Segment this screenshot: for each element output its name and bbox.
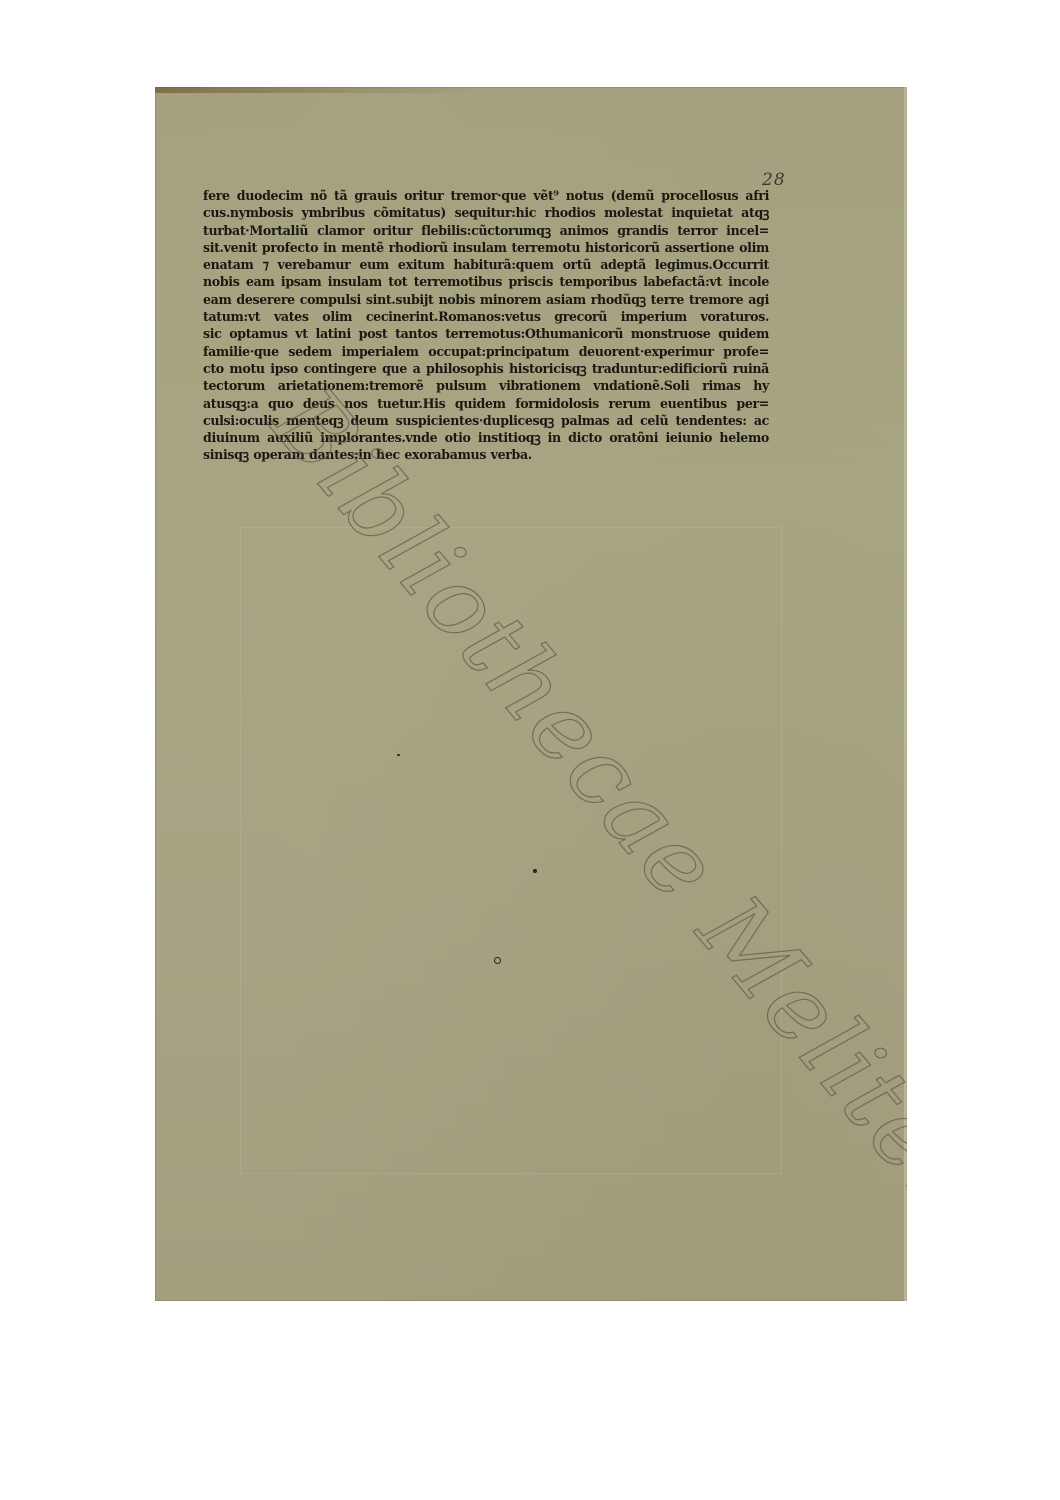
text-line: tatum:vt vates olim cecinerint.Romanos:v… <box>203 308 769 325</box>
text-line: familie·que sedem imperialem occupat:pri… <box>203 343 769 360</box>
text-line: culsi:oculis menteqꝫ deum suspicientes·d… <box>203 412 769 429</box>
manuscript-page: 28 fere duodecim nõ tã grauis oritur tre… <box>155 87 907 1301</box>
printed-text-block: fere duodecim nõ tã grauis oritur tremor… <box>203 187 769 464</box>
ink-speck <box>397 754 400 756</box>
ink-speck <box>494 957 501 964</box>
page-top-edge-stain <box>155 87 907 93</box>
text-line: cus.nymbosis ymbribus cõmitatus) sequitu… <box>203 204 769 221</box>
ink-speck <box>533 869 537 873</box>
text-line: atusqꝫ:a quo deus nos tuetur.His quidem … <box>203 395 769 412</box>
text-line: enatam ⁊ verebamur eum exitum habiturã:q… <box>203 256 769 273</box>
text-line: eam deserere compulsi sint.subijt nobis … <box>203 291 769 308</box>
text-line: tectorum arietationem:tremorẽ pulsum vib… <box>203 377 769 394</box>
text-line: turbat·Mortaliũ clamor oritur flebilis:c… <box>203 222 769 239</box>
text-line: sinisqꝫ operam dantes:in hec exorabamus … <box>203 446 769 463</box>
text-line: diuinum auxiliũ implorantes.vnde otio in… <box>203 429 769 446</box>
text-line: sic optamus vt latini post tantos terrem… <box>203 325 769 342</box>
text-line: fere duodecim nõ tã grauis oritur tremor… <box>203 187 769 204</box>
text-line: sit.venit profecto in mentẽ rhodiorũ ins… <box>203 239 769 256</box>
text-line: nobis eam ipsam insulam tot terremotibus… <box>203 273 769 290</box>
text-line: cto motu ipso contingere que a philosoph… <box>203 360 769 377</box>
library-watermark: Bibliothecae Melitensis <box>250 367 907 1301</box>
page-right-edge <box>904 87 907 1301</box>
faint-show-through-frame <box>240 527 782 1174</box>
